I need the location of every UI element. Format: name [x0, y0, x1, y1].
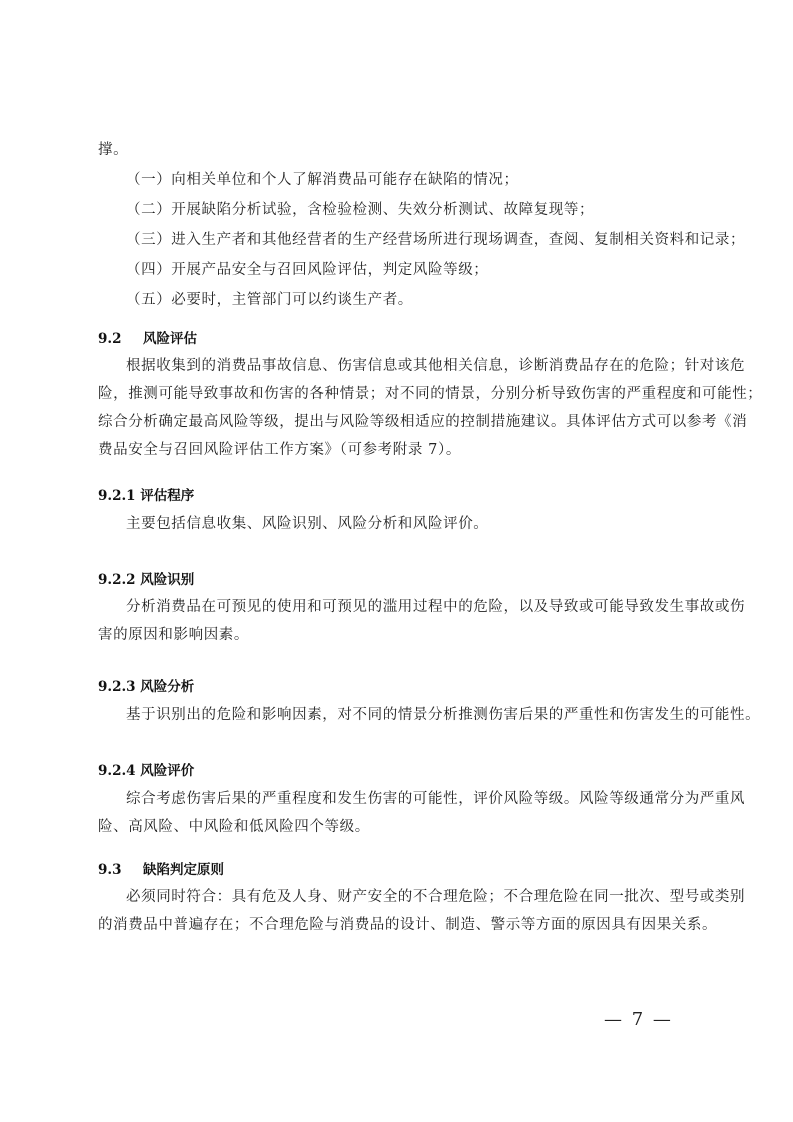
paragraph-line: 害的原因和影响因素。	[98, 625, 249, 645]
paragraph-line: 险、高风险、中风险和低风险四个等级。	[98, 817, 370, 837]
investigation-item-2: （二）开展缺陷分析试验，含检验检测、失效分析测试、故障复现等；	[126, 200, 594, 220]
paragraph-line: 的消费品中普遍存在；不合理危险与消费品的设计、制造、警示等方面的原因具有因果关系…	[98, 915, 717, 935]
paragraph-line: 主要包括信息收集、风险识别、风险分析和风险评价。	[126, 514, 488, 534]
section-heading-9-2: 9.2风险评估	[98, 329, 197, 349]
section-title: 缺陷判定原则	[143, 862, 224, 878]
paragraph-line: 险，推测可能导致事故和伤害的各种情景；对不同的情景，分别分析导致伤害的严重程度和…	[98, 384, 762, 404]
investigation-item-5: （五）必要时，主管部门可以约谈生产者。	[126, 290, 413, 310]
paragraph-line: 综合考虑伤害后果的严重程度和发生伤害的可能性，评价风险等级。风险等级通常分为严重…	[126, 789, 745, 809]
paragraph-line: 基于识别出的危险和影响因素，对不同的情景分析推测伤害后果的严重性和伤害发生的可能…	[126, 705, 760, 725]
paragraph-line: 综合分析确定最高风险等级，提出与风险等级相适应的控制措施建议。具体评估方式可以参…	[98, 412, 747, 432]
paragraph-line: 根据收集到的消费品事故信息、伤害信息或其他相关信息，诊断消费品存在的危险；针对该…	[126, 356, 745, 376]
section-number: 9.2.2	[98, 570, 136, 590]
section-number: 9.2.1	[98, 486, 136, 506]
section-heading-9-2-2: 9.2.2 风险识别	[98, 570, 194, 590]
investigation-item-4: （四）开展产品安全与召回风险评估，判定风险等级；	[126, 260, 488, 280]
section-heading-9-2-4: 9.2.4 风险评价	[98, 761, 194, 781]
investigation-item-1: （一）向相关单位和个人了解消费品可能存在缺陷的情况；	[126, 170, 519, 190]
section-number: 9.2	[98, 329, 143, 349]
investigation-item-3: （三）进入生产者和其他经营者的生产经营场所进行现场调查，查阅、复制相关资料和记录…	[126, 230, 745, 250]
paragraph-line: 分析消费品在可预见的使用和可预见的滥用过程中的危险，以及导致或可能导致发生事故或…	[126, 597, 745, 617]
paragraph-line: 费品安全与召回风险评估工作方案》（可参考附录 7）。	[98, 440, 461, 460]
section-title: 风险分析	[140, 679, 194, 695]
section-number: 9.2.3	[98, 677, 136, 697]
section-title: 风险评价	[140, 763, 194, 779]
section-heading-9-2-3: 9.2.3 风险分析	[98, 677, 194, 697]
lead-fragment: 撑。	[98, 140, 128, 160]
section-heading-9-3: 9.3缺陷判定原则	[98, 860, 224, 880]
paragraph-line: 必须同时符合：具有危及人身、财产安全的不合理危险；不合理危险在同一批次、型号或类…	[126, 887, 745, 907]
page-number: — 7 —	[604, 1009, 673, 1031]
section-title: 评估程序	[140, 488, 194, 504]
section-number: 9.3	[98, 860, 143, 880]
section-heading-9-2-1: 9.2.1 评估程序	[98, 486, 194, 506]
section-title: 风险识别	[140, 572, 194, 588]
section-title: 风险评估	[143, 331, 197, 347]
section-number: 9.2.4	[98, 761, 136, 781]
document-page: 撑。 （一）向相关单位和个人了解消费品可能存在缺陷的情况； （二）开展缺陷分析试…	[0, 0, 793, 1122]
